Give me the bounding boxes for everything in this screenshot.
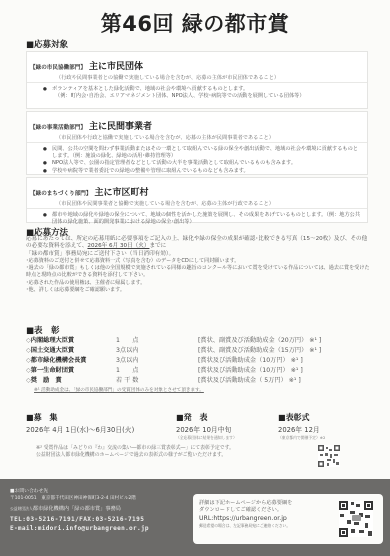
- method-note: ･応募された作品の使用権は、主催者に帰属します。: [26, 280, 371, 287]
- award-count: 1 点: [116, 365, 139, 374]
- org-name: 都市緑化機構内「緑の都市賞」事務局: [33, 506, 121, 512]
- category-note: （市民団体や民間事業者と協働で実施している場合を含むが、応募の主体が行政であるこ…: [30, 200, 363, 207]
- award-name: 内閣総理大臣賞: [26, 335, 74, 344]
- qr-code-icon[interactable]: [318, 445, 340, 467]
- award-row: 第一生命財団賞 1 点 [賞状及び活動助成金（10万円） ※¹ ]: [26, 365, 366, 375]
- category-main: 主に市区町村: [94, 188, 148, 198]
- schedule-recruitment: 募 集 2026年 4月 1日(水)～6月30日(火): [26, 412, 134, 434]
- award-row: 内閣総理大臣賞 1 点 [賞状、副賞及び活動助成金（20万円） ※¹ ]: [26, 335, 366, 345]
- award-name: 都市緑化機構会長賞: [26, 355, 86, 364]
- website-card-text: 詳細は下記ホームページから応募要綱を ダウンロードしてご確認ください。 URL:…: [199, 500, 292, 529]
- contact-email[interactable]: E-mail:midori.info@urbangreen.or.jp: [10, 525, 149, 532]
- ceremony-footnote: ※² 受賞作品は「みどりの『わ』交流の集い―都市の緑三賞表彰式―」にて表彰予定で…: [36, 445, 234, 459]
- award-row: 奨 励 賞 若 干 数 [賞状及び活動助成金（ 5万円） ※¹ ]: [26, 375, 366, 385]
- eligibility-heading: 応募対象: [26, 38, 68, 50]
- bullet-item: ボランティアを基本とした緑化活動で、地域の社会や環境へ貢献するものとします。: [43, 86, 361, 93]
- award-prize: [賞状、副賞及び活動助成金（20万円） ※¹ ]: [198, 335, 321, 344]
- page-title: 第46回 緑の都市賞: [0, 8, 390, 38]
- award-name: 第一生命財団賞: [26, 365, 74, 374]
- category-body: 都市や地域の緑化や緑地の保全について、地域の個性を活かした施策を展開し、その成果…: [27, 209, 367, 229]
- bullet-item: 学校や病院等で業者委託での緑地の整備や管理に取組んでいるものなども含みます。: [43, 168, 361, 175]
- method-text: 応募にあたっては、所定の応募用紙に必要事項をご記入の上、緑化や緑の保全の成果が確…: [26, 236, 371, 251]
- category-main: 主に民間事業者: [89, 122, 152, 132]
- org-prefix: 公益財団法人: [10, 506, 33, 511]
- award-row: 都市緑化機構会長賞 3点以内 [賞状及び活動助成金（10万円） ※¹ ]: [26, 355, 366, 365]
- category-box-business: 【緑の事業活動部門】主に民間事業者 （市民団体や行政と協働で実施している場合を含…: [26, 111, 368, 175]
- card-line: ダウンロードしてご確認ください。: [199, 507, 292, 514]
- category-body: ボランティアを基本とした緑化活動で、地域の社会や環境へ貢献するものとします。 （…: [27, 83, 367, 103]
- category-body: 民間、公共の空間を問わず事業活動またはその一環として取組んでいる緑の保全や創出活…: [27, 143, 367, 178]
- award-count: 3点以内: [116, 355, 139, 364]
- award-row: 国土交通大臣賞 3点以内 [賞状、副賞及び活動助成金（15万円） ※¹ ]: [26, 345, 366, 355]
- award-count: 3点以内: [116, 345, 139, 354]
- award-name: 奨 励 賞: [26, 375, 62, 384]
- schedule-value: 2026年 12月: [278, 424, 325, 434]
- footnote-line: 公益財団法人都市緑化機構のホームページで過去の表彰式の様子がご覧いただけます。: [36, 452, 234, 459]
- method-note: ･他、詳しくは応募要綱をご確認願います。: [26, 287, 371, 294]
- award-prize: [賞状及び活動助成金（10万円） ※¹ ]: [198, 355, 303, 364]
- footnote-line: ※² 受賞作品は「みどりの『わ』交流の集い―都市の緑三賞表彰式―」にて表彰予定で…: [36, 445, 234, 452]
- bullet-item: NPO法人等で、公園の指定管理者などとして活動の大半を事業活動として取組んでいる…: [43, 160, 361, 167]
- category-header: 【緑の事業活動部門】主に民間事業者 （市民団体や行政と協働で実施している場合を含…: [27, 112, 367, 143]
- deadline: 2026年 6月 30日（火）: [87, 243, 149, 249]
- category-box-citizen: 【緑の市民協働部門】主に市民団体 （行政や民間事業者との協働で実施している場合を…: [26, 51, 368, 109]
- award-prize: [賞状、副賞及び活動助成金（15万円） ※¹ ]: [198, 345, 321, 354]
- category-header: 【緑の市民協働部門】主に市民団体 （行政や民間事業者との協働で実施している場合を…: [27, 52, 367, 83]
- award-count: 若 干 数: [116, 375, 139, 384]
- bullet-item: 都市や地域の緑化や緑地の保全について、地域の個性を活かした施策を展開し、その成果…: [43, 212, 361, 226]
- schedule-value: 2026年 4月 1日(水)～6月30日(火): [26, 424, 134, 434]
- schedule-ceremony: 表彰式 2026年 12月 （東京都内で開催予定）※2: [278, 412, 325, 441]
- category-main: 主に市民団体: [89, 62, 143, 72]
- schedule-value: 2026年 10月中旬: [176, 424, 237, 434]
- website-url[interactable]: URL:https://urbangreen.or.jp: [199, 515, 292, 522]
- method-line2: 「緑の都市賞」事務局宛にご送付下さい（当日消印有効）。: [26, 251, 371, 258]
- award-count: 1 点: [116, 335, 139, 344]
- contact-address: 〒101-0051 東京都千代田区神田神保町3-2-4 田村ビル2階: [10, 495, 149, 501]
- bullet-example: （例：町内会･自治会、エリアマネジメント団体、NPO法人、学校･病院等での活動を…: [43, 93, 361, 100]
- award-prize: [賞状及び活動助成金（ 5万円） ※¹ ]: [198, 375, 301, 384]
- contact-org: 公益財団法人都市緑化機構内「緑の都市賞」事務局: [10, 505, 149, 512]
- contact-tel: TEL:03-5216-7191/FAX:03-5216-7195: [10, 516, 149, 523]
- awards-footnote: ※¹ 活動助成金は、「緑の市民協働部門」の受賞団体のみを対象とさせて頂きます。: [34, 387, 204, 393]
- bullet-item: 民間、公共の空間を問わず事業活動またはその一環として取組んでいる緑の保全や創出活…: [43, 146, 361, 160]
- qr-code-icon[interactable]: [339, 501, 373, 537]
- category-box-municipal: 【緑のまちづくり部門】主に市区町村 （市民団体や民間事業者と協働で実施している場…: [26, 177, 368, 223]
- card-line: 郵送希望の場合は、左記事務局宛にご連絡ください。: [199, 522, 292, 529]
- contact-info: お問い合わせ先 〒101-0051 東京都千代田区神田神保町3-2-4 田村ビル…: [10, 487, 149, 532]
- website-card: 詳細は下記ホームページから応募要綱を ダウンロードしてご確認ください。 URL:…: [193, 494, 383, 544]
- award-prize: [賞状及び活動助成金（10万円） ※¹ ]: [198, 365, 303, 374]
- method-body: 応募にあたっては、所定の応募用紙に必要事項をご記入の上、緑化や緑の保全の成果が確…: [26, 236, 371, 294]
- flyer-page: 第46回 緑の都市賞 応募対象 【緑の市民協働部門】主に市民団体 （行政や民間事…: [0, 0, 390, 556]
- category-note: （行政や民間事業者との協働で実施している場合を含むが、応募の主体が市民団体である…: [30, 74, 363, 81]
- category-label: 【緑の事業活動部門】: [30, 125, 86, 131]
- method-line1: 応募にあたっては、所定の応募用紙に必要事項をご記入の上、緑化や緑の保全の成果が確…: [26, 236, 367, 249]
- category-label: 【緑の市民協働部門】: [30, 65, 86, 71]
- schedule-announcement: 発 表 2026年 10月中旬 （全応募団体に結果を通知します）: [176, 412, 237, 441]
- method-line1-end: までに: [149, 243, 166, 249]
- schedule-heading: 表彰式: [278, 412, 325, 423]
- award-name: 国土交通大臣賞: [26, 345, 74, 354]
- schedule-note: （全応募団体に結果を通知します）: [176, 435, 237, 441]
- method-note: ･過去の「緑の都市賞」もしくは他の全国規模で実施されている同様の趣旨のコンクール…: [26, 265, 371, 280]
- schedule-heading: 発 表: [176, 412, 237, 423]
- category-header: 【緑のまちづくり部門】主に市区町村 （市民団体や民間事業者と協働で実施している場…: [27, 178, 367, 209]
- category-label: 【緑のまちづくり部門】: [30, 191, 91, 197]
- schedule-note: （東京都内で開催予定）※2: [278, 435, 325, 441]
- category-note: （市民団体や行政と協働で実施している場合を含むが、応募の主体が民間事業者であるこ…: [30, 134, 363, 141]
- schedule-heading: 募 集: [26, 412, 134, 423]
- contact-label: お問い合わせ先: [10, 487, 149, 494]
- awards-list: 内閣総理大臣賞 1 点 [賞状、副賞及び活動助成金（20万円） ※¹ ] 国土交…: [26, 335, 366, 385]
